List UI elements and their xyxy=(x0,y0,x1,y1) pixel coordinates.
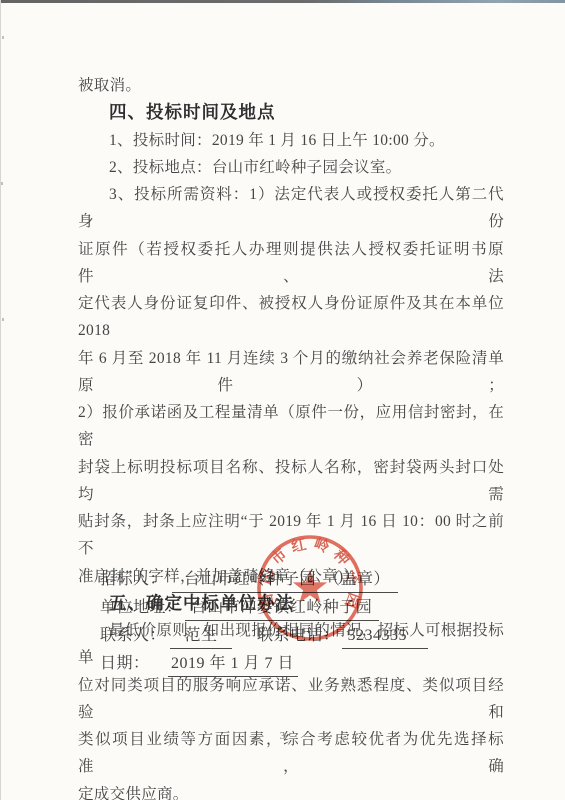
address-row: 单位地址：台山市冲蒌镇红岭种子园 xyxy=(100,596,520,624)
section4-item1: 1、投标时间：2019 年 1 月 16 日上午 10:00 分。 xyxy=(78,127,504,154)
section4-item3-line: 证原件（若授权委托人办理则提供法人授权委托证明书原件、法 xyxy=(78,236,504,291)
section4-heading: 四、投标时间及地点 xyxy=(78,99,504,126)
contact-label: 联系人： xyxy=(100,624,166,648)
scan-edge-top xyxy=(0,0,565,3)
seal-note: （盖章） xyxy=(324,568,390,592)
bidder-row: 招标人：台山市红岭种子园（盖章） xyxy=(100,568,520,596)
scan-speck xyxy=(2,36,4,39)
phone-label: 联系电话： xyxy=(257,624,340,648)
date-label: 日期： xyxy=(100,652,150,676)
section5-para-line: 定成交供应商。 xyxy=(78,781,504,800)
scan-edge-left xyxy=(0,0,1,800)
bidder-underline: 台山市红岭种子园（盖章） xyxy=(172,568,398,593)
date-row: 日期：2019 年 1 月 7 日 xyxy=(100,652,520,680)
date-value: 2019 年 1 月 7 日 xyxy=(168,652,298,677)
phone-value: 5234335 xyxy=(342,624,428,649)
bidder-value: 台山市红岭种子园 xyxy=(184,568,316,592)
section4-item3-line: 年 6 月至 2018 年 11 月连续 3 个月的缴纳社会养老保险清单原件）； xyxy=(78,345,504,400)
document-body: 被取消。 四、投标时间及地点 1、投标时间：2019 年 1 月 16 日上午 … xyxy=(78,72,504,800)
section4-item3-line: 贴封条，封条上应注明“于 2019 年 1 月 16 日 10：00 时之前不 xyxy=(78,508,504,563)
section4-item3-line: 封袋上标明投标项目名称、投标人名称，密封袋两头封口处均需 xyxy=(78,454,504,509)
paragraph-line: 被取消。 xyxy=(78,72,504,99)
address-value: 台山市冲蒌镇红岭种子园 xyxy=(185,596,379,621)
contact-row: 联系人：范生联系电话：5234335 xyxy=(100,624,520,652)
bidder-label: 招标人： xyxy=(100,568,166,592)
scan-speck xyxy=(1,182,3,185)
scan-speck xyxy=(2,318,4,321)
signature-block: 招标人：台山市红岭种子园（盖章） 单位地址：台山市冲蒌镇红岭种子园 联系人：范生… xyxy=(100,568,520,680)
section4-item3-line: 定代表人身份证复印件、被授权人身份证原件及其在本单位 2018 xyxy=(78,290,504,345)
section4-item2: 2、投标地点：台山市红岭种子园会议室。 xyxy=(78,154,504,181)
scanned-document-page: 被取消。 四、投标时间及地点 1、投标时间：2019 年 1 月 16 日上午 … xyxy=(0,0,565,800)
section4-item3-line: 3、投标所需资料：1）法定代表人或授权委托人第二代身份 xyxy=(78,181,504,236)
contact-value: 范生 xyxy=(170,624,232,649)
section4-item3-line: 2）报价承诺函及工程量清单（原件一份，应用信封密封，在密 xyxy=(78,399,504,454)
address-label: 单位地址： xyxy=(100,596,183,620)
page-number: 3 xyxy=(0,730,565,742)
